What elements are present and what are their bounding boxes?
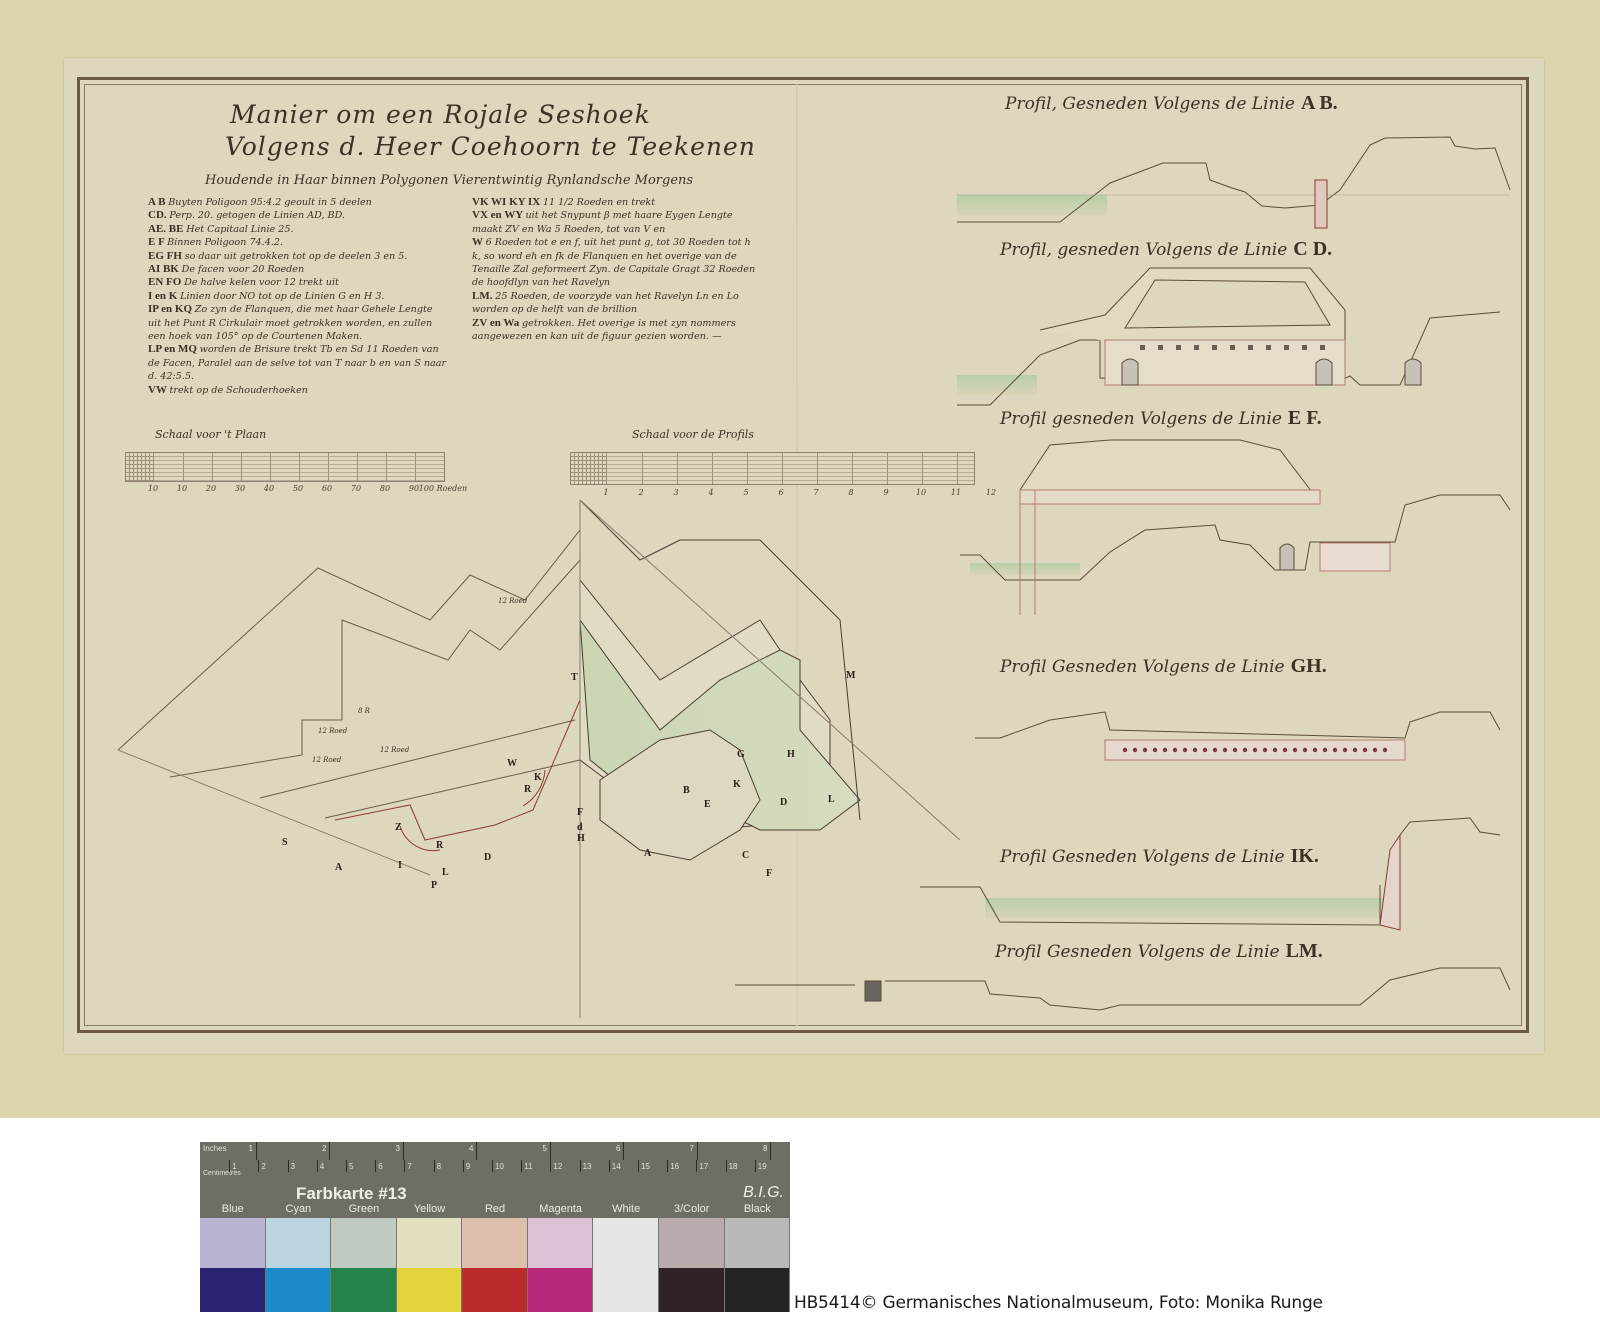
patch-label: Blue xyxy=(200,1200,266,1218)
cm-tick xyxy=(375,1160,376,1172)
inch-tick xyxy=(256,1142,257,1160)
svg-text:D: D xyxy=(780,797,787,808)
patch-labels: BlueCyanGreenYellowRedMagentaWhite3/Colo… xyxy=(200,1200,790,1218)
profile-ik-drawing xyxy=(920,818,1500,930)
color-calibration-chart: Inches Centimetres 123456781234567891011… xyxy=(200,1142,790,1312)
centimetres-label: Centimetres xyxy=(203,1170,241,1177)
inch-tick-label: 7 xyxy=(690,1144,694,1153)
patch-magenta-dark xyxy=(528,1268,594,1312)
inch-tick xyxy=(770,1142,771,1160)
cm-tick-label: 4 xyxy=(320,1162,324,1171)
svg-text:H: H xyxy=(577,833,585,844)
patch-white-light xyxy=(593,1218,659,1268)
cm-tick xyxy=(726,1160,727,1172)
cm-tick-label: 16 xyxy=(670,1162,679,1171)
inch-tick-label: 5 xyxy=(543,1144,547,1153)
inch-tick xyxy=(550,1142,551,1160)
patch-label: Green xyxy=(331,1200,397,1218)
cm-tick-label: 15 xyxy=(641,1162,650,1171)
patch-3-color-light xyxy=(659,1218,725,1268)
patch-label: Black xyxy=(725,1200,791,1218)
svg-text:12 Roed: 12 Roed xyxy=(380,746,410,754)
patch-label: Red xyxy=(462,1200,528,1218)
fortification-drawing: TMH GKD EBL CAF DFdH ZIR KAPL SRW 12 Roe… xyxy=(0,0,1600,1118)
photo-credit: HB5414© Germanisches Nationalmuseum, Fot… xyxy=(794,1293,1323,1313)
cm-tick xyxy=(580,1160,581,1172)
svg-text:T: T xyxy=(571,672,578,683)
patch-yellow-dark xyxy=(397,1268,463,1312)
svg-text:L: L xyxy=(442,867,449,878)
cm-tick xyxy=(755,1160,756,1172)
cm-tick-label: 8 xyxy=(437,1162,441,1171)
patch-label: Cyan xyxy=(266,1200,332,1218)
svg-text:12 Roed: 12 Roed xyxy=(318,727,348,735)
patch-red-light xyxy=(462,1218,528,1268)
patch-black-light xyxy=(725,1218,791,1268)
cm-tick-label: 19 xyxy=(758,1162,767,1171)
cm-tick-label: 18 xyxy=(729,1162,738,1171)
patch-magenta-light xyxy=(528,1218,594,1268)
svg-text:L: L xyxy=(828,794,835,805)
svg-text:H: H xyxy=(787,749,795,760)
cm-tick-label: 17 xyxy=(699,1162,708,1171)
svg-text:C: C xyxy=(742,850,749,861)
svg-text:F: F xyxy=(766,868,772,879)
cm-tick-label: 7 xyxy=(407,1162,411,1171)
inch-tick-label: 8 xyxy=(763,1144,767,1153)
svg-text:K: K xyxy=(534,772,542,783)
cm-tick xyxy=(346,1160,347,1172)
cm-tick xyxy=(521,1160,522,1172)
cm-tick-label: 6 xyxy=(378,1162,382,1171)
svg-text:12 Roed: 12 Roed xyxy=(312,756,342,764)
cm-tick xyxy=(288,1160,289,1172)
cm-tick xyxy=(317,1160,318,1172)
svg-text:Z: Z xyxy=(395,822,402,833)
cm-tick-label: 13 xyxy=(583,1162,592,1171)
patch-cyan-dark xyxy=(266,1268,332,1312)
svg-text:A: A xyxy=(644,848,652,859)
svg-text:S: S xyxy=(282,837,288,848)
svg-text:I: I xyxy=(398,860,402,871)
svg-text:R: R xyxy=(524,784,532,795)
profile-lm-drawing xyxy=(735,968,1510,1010)
cm-tick-label: 14 xyxy=(612,1162,621,1171)
cm-tick-label: 10 xyxy=(495,1162,504,1171)
profile-cd-drawing xyxy=(957,268,1500,405)
inch-tick xyxy=(403,1142,404,1160)
patches-dark xyxy=(200,1268,790,1312)
svg-text:G: G xyxy=(737,749,745,760)
cm-tick xyxy=(434,1160,435,1172)
inch-tick xyxy=(476,1142,477,1160)
svg-text:12 Roed: 12 Roed xyxy=(498,597,528,605)
svg-text:F: F xyxy=(577,807,583,818)
cm-tick-label: 5 xyxy=(349,1162,353,1171)
svg-text:d: d xyxy=(577,822,583,833)
patch-blue-light xyxy=(200,1218,266,1268)
inch-tick-label: 2 xyxy=(322,1144,326,1153)
cm-tick xyxy=(404,1160,405,1172)
svg-text:M: M xyxy=(846,670,856,681)
plan-outworks xyxy=(118,530,580,875)
patch-label: White xyxy=(593,1200,659,1218)
inch-tick-label: 4 xyxy=(469,1144,473,1153)
plan-fortress xyxy=(580,500,960,1018)
cm-tick-label: 9 xyxy=(466,1162,470,1171)
svg-text:R: R xyxy=(436,840,444,851)
profile-ef-drawing xyxy=(960,440,1510,615)
patch-black-dark xyxy=(725,1268,791,1312)
inches-label: Inches xyxy=(203,1144,227,1153)
svg-text:P: P xyxy=(431,880,437,891)
cm-tick-label: 3 xyxy=(291,1162,295,1171)
svg-text:K: K xyxy=(733,779,741,790)
svg-text:A: A xyxy=(335,862,343,873)
cm-tick xyxy=(667,1160,668,1172)
inch-tick xyxy=(697,1142,698,1160)
patches-light xyxy=(200,1218,790,1268)
cm-tick xyxy=(492,1160,493,1172)
plan-annotations: 12 Roed8 R12 Roed 12 Roed12 Roed xyxy=(312,597,528,764)
cm-tick xyxy=(463,1160,464,1172)
inch-tick xyxy=(329,1142,330,1160)
patch-white-dark xyxy=(593,1268,659,1312)
svg-text:B: B xyxy=(683,785,690,796)
cm-tick-label: 11 xyxy=(524,1162,532,1171)
ruler: Inches Centimetres 123456781234567891011… xyxy=(200,1142,790,1182)
cm-tick xyxy=(609,1160,610,1172)
svg-text:D: D xyxy=(484,852,491,863)
patch-cyan-light xyxy=(266,1218,332,1268)
cm-tick-label: 2 xyxy=(261,1162,265,1171)
svg-text:W: W xyxy=(507,758,517,769)
patch-green-dark xyxy=(331,1268,397,1312)
patch-blue-dark xyxy=(200,1268,266,1312)
cm-tick xyxy=(229,1160,230,1172)
patch-label: Magenta xyxy=(528,1200,594,1218)
patch-red-dark xyxy=(462,1268,528,1312)
cm-tick xyxy=(550,1160,551,1172)
patch-3-color-dark xyxy=(659,1268,725,1312)
cm-tick xyxy=(696,1160,697,1172)
patch-yellow-light xyxy=(397,1218,463,1268)
inch-tick-label: 1 xyxy=(249,1144,253,1153)
patch-green-light xyxy=(331,1218,397,1268)
svg-text:8 R: 8 R xyxy=(358,707,371,715)
cm-tick-label: 12 xyxy=(553,1162,562,1171)
profile-ab-drawing xyxy=(957,137,1510,228)
inch-tick xyxy=(623,1142,624,1160)
patch-label: Yellow xyxy=(397,1200,463,1218)
cm-tick xyxy=(638,1160,639,1172)
inch-tick-label: 3 xyxy=(396,1144,400,1153)
inch-tick-label: 6 xyxy=(616,1144,620,1153)
cm-tick xyxy=(258,1160,259,1172)
profile-gh-drawing xyxy=(975,712,1500,760)
cm-tick-label: 1 xyxy=(232,1162,236,1171)
patch-label: 3/Color xyxy=(659,1200,725,1218)
svg-text:E: E xyxy=(704,799,711,810)
